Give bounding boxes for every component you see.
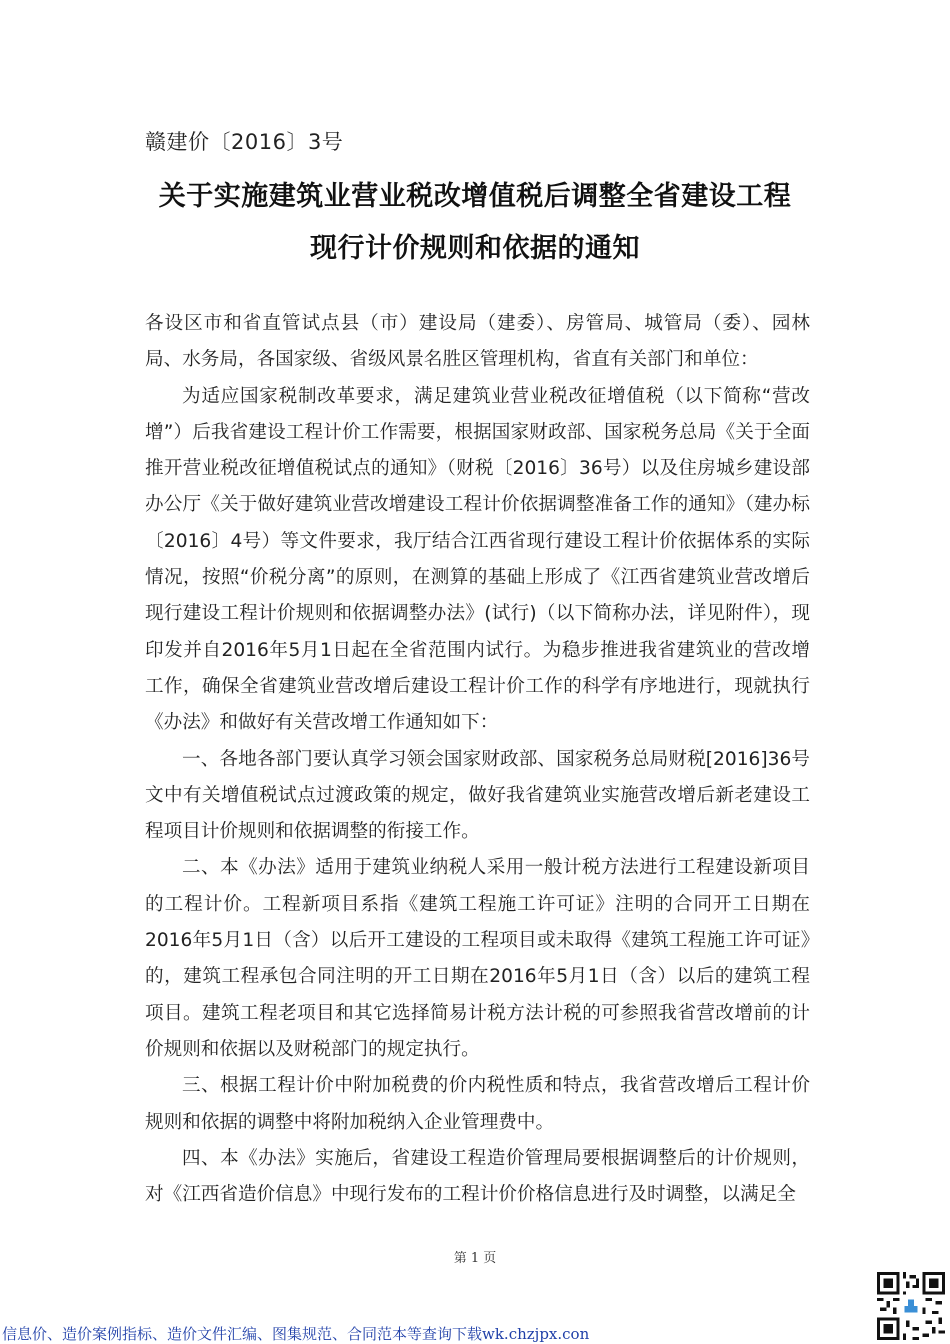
paragraph-intro: 为适应国家税制改革要求，满足建筑业营业税改征增值税（以下简称“营改增”）后我省建… [145, 379, 810, 742]
page-number: 第 1 页 [0, 1247, 950, 1266]
document-title-line-2: 现行计价规则和依据的通知 [130, 226, 820, 265]
document-body: 各设区市和省直管试点县（市）建设局（建委）、房管局、城管局（委）、园林局、水务局… [145, 306, 810, 1213]
paragraph-item-1: 一、各地各部门要认真学习领会国家财政部、国家税务总局财税[2016]36号文中有… [145, 742, 810, 851]
paragraph-item-4: 四、本《办法》实施后，省建设工程造价管理局要根据调整后的计价规则，对《江西省造价… [145, 1141, 810, 1214]
footer-download-link[interactable]: 信息价、造价案例指标、造价文件汇编、图集规范、合同范本等查询下载wk.chzjp… [2, 1323, 589, 1344]
document-page: 赣建价〔2016〕3号 关于实施建筑业营业税改增值税后调整全省建设工程 现行计价… [0, 0, 950, 1344]
qr-code-icon[interactable] [877, 1272, 945, 1340]
paragraph-item-2: 二、本《办法》适用于建筑业纳税人采用一般计税方法进行工程建设新项目的工程计价。工… [145, 850, 810, 1068]
addressee: 各设区市和省直管试点县（市）建设局（建委）、房管局、城管局（委）、园林局、水务局… [145, 306, 810, 379]
document-title-line-1: 关于实施建筑业营业税改增值税后调整全省建设工程 [130, 174, 820, 213]
document-number: 赣建价〔2016〕3号 [145, 126, 343, 156]
paragraph-item-3: 三、根据工程计价中附加税费的价内税性质和特点，我省营改增后工程计价规则和依据的调… [145, 1068, 810, 1141]
